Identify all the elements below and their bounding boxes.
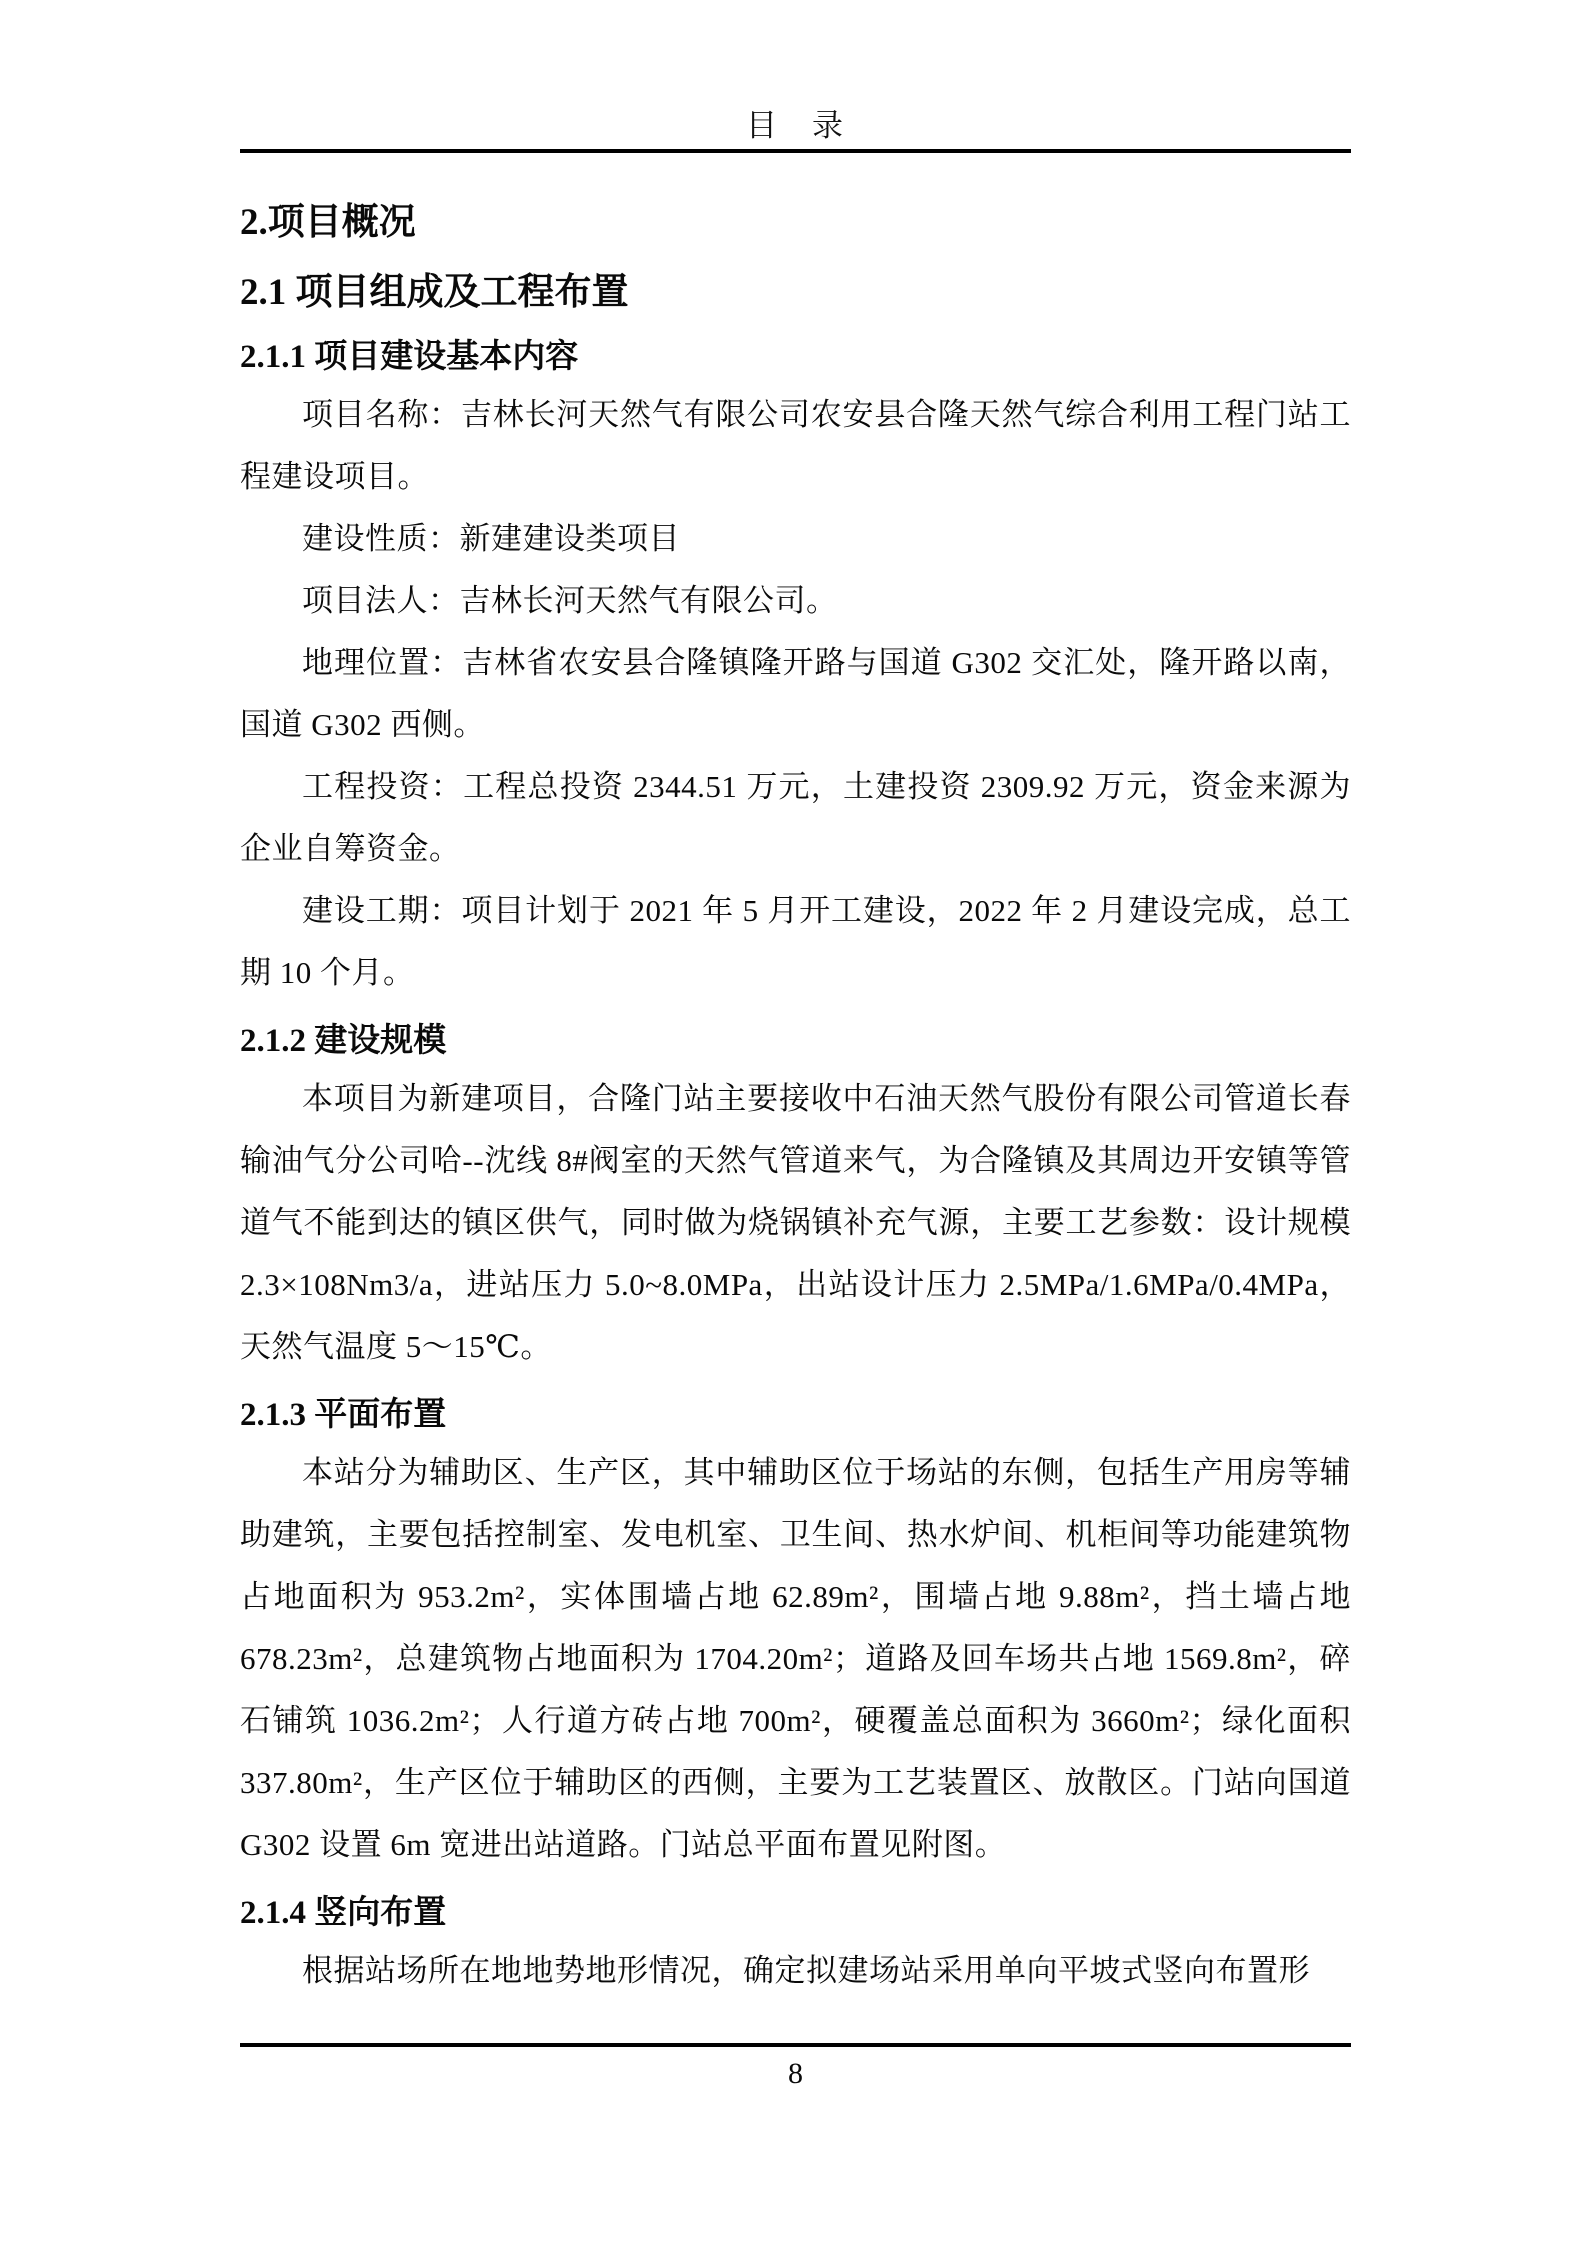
subsection-heading-2-1-3: 2.1.3 平面布置 <box>240 1388 1351 1442</box>
paragraph-schedule: 建设工期：项目计划于 2021 年 5 月开工建设，2022 年 2 月建设完成… <box>240 880 1351 1004</box>
paragraph-legal-entity: 项目法人：吉林长河天然气有限公司。 <box>240 570 1351 632</box>
chapter-heading: 2.项目概况 <box>240 194 1351 252</box>
paragraph-project-name: 项目名称：吉林长河天然气有限公司农安县合隆天然气综合利用工程门站工程建设项目。 <box>240 384 1351 508</box>
paragraph-plane-layout: 本站分为辅助区、生产区，其中辅助区位于场站的东侧，包括生产用房等辅助建筑，主要包… <box>240 1442 1351 1876</box>
paragraph-location: 地理位置：吉林省农安县合隆镇隆开路与国道 G302 交汇处，隆开路以南，国道 G… <box>240 632 1351 756</box>
header-title: 目 录 <box>240 104 1351 148</box>
paragraph-vertical-layout: 根据站场所在地地势地形情况，确定拟建场站采用单向平坡式竖向布置形 <box>240 1940 1351 2002</box>
paragraph-construction-nature: 建设性质：新建建设类项目 <box>240 508 1351 570</box>
document-page: 目 录 2.项目概况 2.1 项目组成及工程布置 2.1.1 项目建设基本内容 … <box>0 0 1587 2245</box>
document-content: 2.项目概况 2.1 项目组成及工程布置 2.1.1 项目建设基本内容 项目名称… <box>240 180 1351 2002</box>
paragraph-construction-scale: 本项目为新建项目，合隆门站主要接收中石油天然气股份有限公司管道长春输油气分公司哈… <box>240 1068 1351 1378</box>
subsection-heading-2-1-2: 2.1.2 建设规模 <box>240 1014 1351 1068</box>
subsection-heading-2-1-1: 2.1.1 项目建设基本内容 <box>240 330 1351 384</box>
header-rule <box>240 149 1351 153</box>
footer-rule <box>240 2043 1351 2047</box>
subsection-heading-2-1-4: 2.1.4 竖向布置 <box>240 1886 1351 1940</box>
page-header: 目 录 <box>240 104 1351 148</box>
section-heading: 2.1 项目组成及工程布置 <box>240 264 1351 322</box>
paragraph-investment: 工程投资：工程总投资 2344.51 万元，土建投资 2309.92 万元，资金… <box>240 756 1351 880</box>
page-number: 8 <box>240 2053 1351 2095</box>
